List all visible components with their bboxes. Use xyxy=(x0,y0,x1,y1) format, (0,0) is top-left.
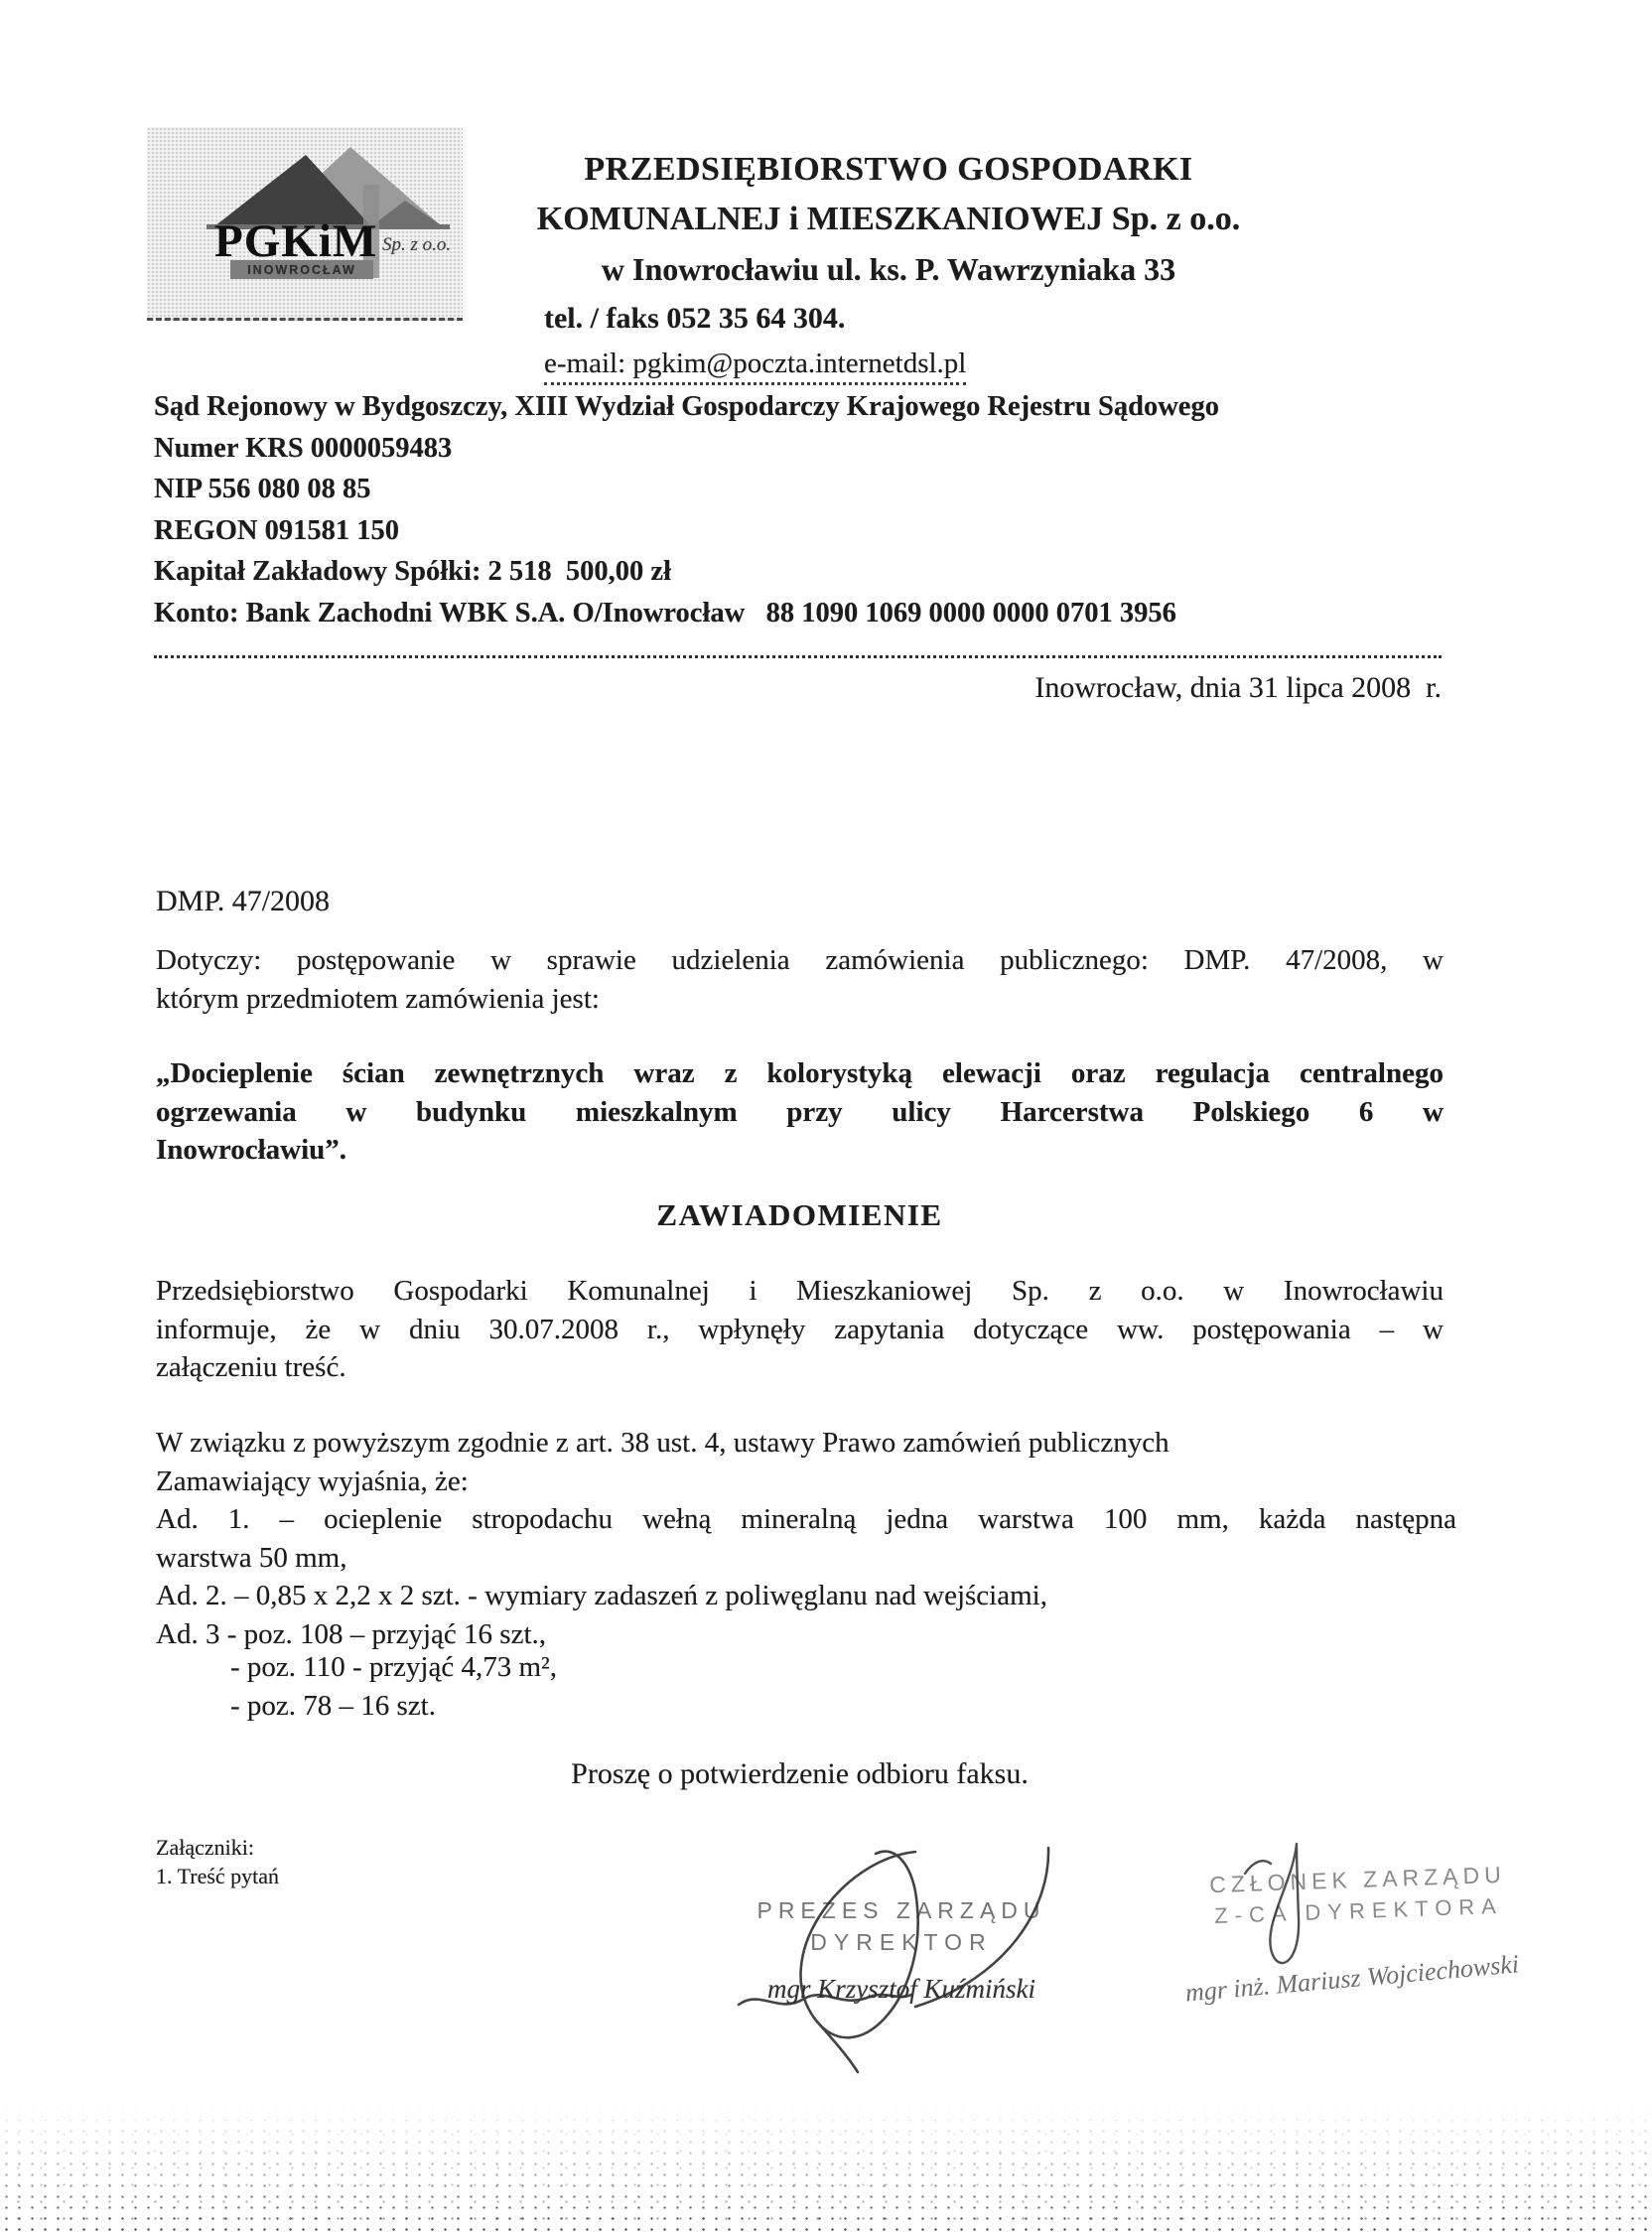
clarification-subitem: - poz. 78 – 16 szt. xyxy=(230,1687,1124,1726)
notice-paragraph-line: informuje, że w dniu 30.07.2008 r., wpły… xyxy=(156,1311,1444,1349)
registry-nip: NIP 556 080 08 85 xyxy=(154,469,1459,510)
logo-company-suffix: Sp. z o.o. xyxy=(382,234,451,256)
clarification-subitem: - poz. 110 - przyjąć 4,73 m², xyxy=(230,1648,1124,1687)
scanned-letter-page: PGKiM INOWROCŁAW Sp. z o.o. PRZEDSIĘBIOR… xyxy=(0,0,1652,2233)
attachments-block: Załączniki: 1. Treść pytań xyxy=(156,1833,279,1890)
logo-city-band: INOWROCŁAW xyxy=(230,260,373,279)
subject-paragraph: „Docieplenie ścian zewnętrznych wraz z k… xyxy=(156,1054,1444,1170)
registry-court: Sąd Rejonowy w Bydgoszczy, XIII Wydział … xyxy=(154,386,1459,428)
dotted-separator xyxy=(154,655,1442,658)
registry-capital: Kapitał Zakładowy Spółki: 2 518 500,00 z… xyxy=(154,551,1459,593)
notice-paragraph-line: Przedsiębiorstwo Gospodarki Komunalnej i… xyxy=(156,1272,1444,1311)
email-address: e-mail: pgkim@poczta.internetdsl.pl xyxy=(544,348,966,385)
phone-fax: tel. / faks 052 35 64 304. xyxy=(544,302,845,336)
attachments-label: Załączniki: xyxy=(156,1833,279,1862)
stamp-title-line: PREZES ZARZĄDU xyxy=(723,1894,1080,1926)
stamp-president: PREZES ZARZĄDU DYREKTOR xyxy=(723,1894,1080,1958)
clarification-line: Ad. 2. – 0,85 x 2,2 x 2 szt. - wymiary z… xyxy=(156,1577,1456,1615)
subject-line: „Docieplenie ścian zewnętrznych wraz z k… xyxy=(156,1054,1444,1093)
company-name-line2: KOMUNALNEJ i MIESZKANIOWEJ Sp. z o.o. xyxy=(442,195,1335,244)
subject-line: Inowrocławiu”. xyxy=(156,1131,1444,1170)
notice-paragraph-line: załączeniu treść. xyxy=(156,1348,1444,1387)
company-address: w Inowrocławiu ul. ks. P. Wawrzyniaka 33 xyxy=(442,244,1335,294)
logo-city: INOWROCŁAW xyxy=(247,263,356,277)
registry-info: Sąd Rejonowy w Bydgoszczy, XIII Wydział … xyxy=(154,386,1459,633)
clarification-line: warstwa 50 mm, xyxy=(156,1539,1456,1578)
regarding-line: Dotyczy: postępowanie w sprawie udzielen… xyxy=(156,941,1444,980)
reference-number: DMP. 47/2008 xyxy=(156,885,330,918)
letterhead: PRZEDSIĘBIORSTWO GOSPODARKI KOMUNALNEJ i… xyxy=(442,145,1335,294)
attachment-item: 1. Treść pytań xyxy=(156,1862,279,1890)
date-line: Inowrocław, dnia 31 lipca 2008 r. xyxy=(154,671,1442,705)
clarification-subitems: - poz. 110 - przyjąć 4,73 m², - poz. 78 … xyxy=(230,1648,1124,1725)
registry-regon: REGON 091581 150 xyxy=(154,510,1459,552)
regarding-paragraph: Dotyczy: postępowanie w sprawie udzielen… xyxy=(156,941,1444,1018)
clarification-line: W związku z powyższym zgodnie z art. 38 … xyxy=(156,1424,1456,1463)
registry-krs: Numer KRS 0000059483 xyxy=(154,428,1459,470)
clarification-line: Zamawiający wyjaśnia, że: xyxy=(156,1463,1456,1501)
signer-name-left: mgr Krzysztof Kuźmiński xyxy=(713,1974,1090,2005)
scan-noise xyxy=(0,2104,1652,2233)
closing-request: Proszę o potwierdzenie odbioru faksu. xyxy=(156,1757,1444,1791)
company-logo: PGKiM INOWROCŁAW Sp. z o.o. xyxy=(147,127,463,321)
signer-name-right: mgr inż. Mariusz Wojciechowski xyxy=(1114,1943,1591,2015)
registry-bank-account: Konto: Bank Zachodni WBK S.A. O/Inowrocł… xyxy=(154,593,1459,634)
notice-paragraph: Przedsiębiorstwo Gospodarki Komunalnej i… xyxy=(156,1272,1444,1387)
notice-title: ZAWIADOMIENIE xyxy=(156,1197,1444,1233)
clarification-line: Ad. 1. – ocieplenie stropodachu wełną mi… xyxy=(156,1500,1456,1539)
company-name-line1: PRZEDSIĘBIORSTWO GOSPODARKI xyxy=(442,145,1335,195)
regarding-line: którym przedmiotem zamówienia jest: xyxy=(156,980,1444,1019)
stamp-board-member: CZŁONEK ZARZĄDU Z-CA DYREKTORA xyxy=(1159,1858,1558,1933)
stamp-title-line: DYREKTOR xyxy=(723,1926,1080,1958)
subject-line: ogrzewania w budynku mieszkalnym przy ul… xyxy=(156,1093,1444,1132)
clarifications-paragraph: W związku z powyższym zgodnie z art. 38 … xyxy=(156,1424,1456,1653)
